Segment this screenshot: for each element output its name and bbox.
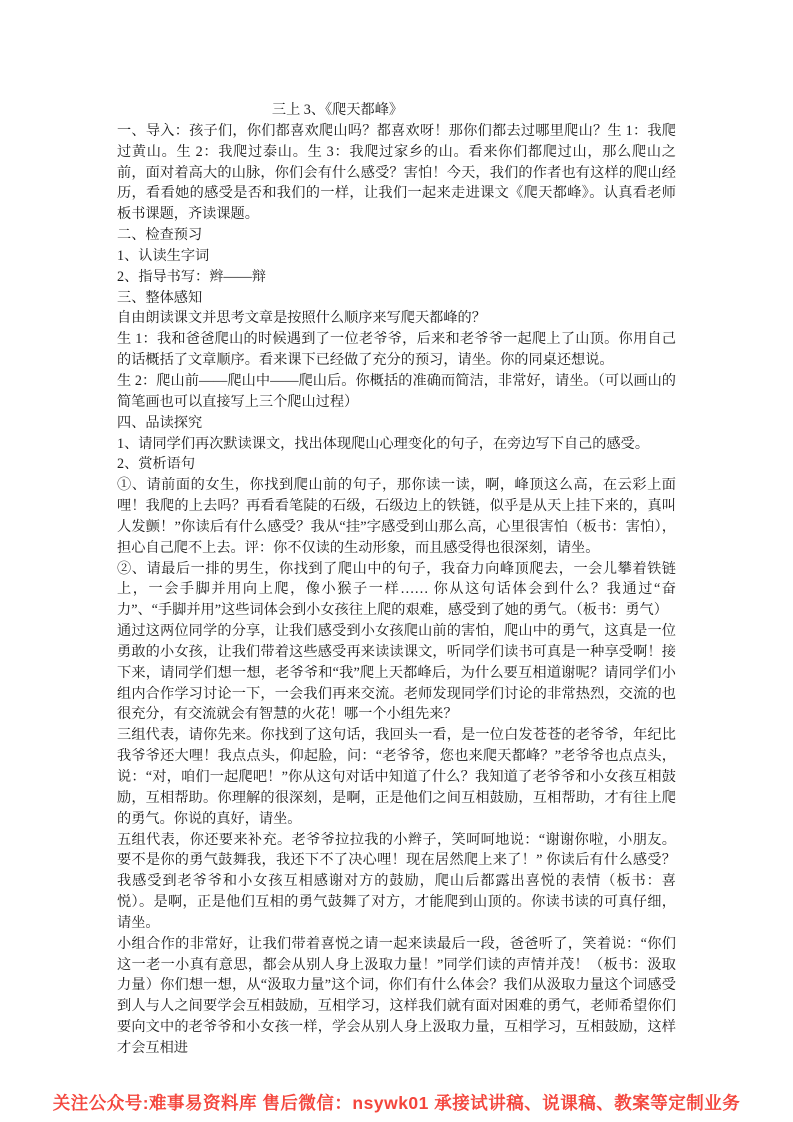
paragraph: 四、品读探究 xyxy=(117,413,676,434)
paragraph: 2、赏析语句 xyxy=(117,454,676,475)
paragraph: 二、检查预习 xyxy=(117,225,676,246)
paragraph: 1、认读生字词 xyxy=(117,246,676,267)
document-title: 三上 3、《爬天都峰》 xyxy=(117,100,676,121)
paragraph: 1、请同学们再次默读课文，找出体现爬山心理变化的句子，在旁边写下自己的感受。 xyxy=(117,434,676,455)
paragraph: 自由朗读课文并思考文章是按照什么顺序来写爬天都峰的？ xyxy=(117,308,676,329)
paragraph: 三、整体感知 xyxy=(117,288,676,309)
document-body: 三上 3、《爬天都峰》 一、导入：孩子们，你们都喜欢爬山吗？都喜欢呀！那你们都去… xyxy=(117,100,676,1059)
paragraph: 通过这两位同学的分享，让我们感受到小女孩爬山前的害怕，爬山中的勇气，这真是一位勇… xyxy=(117,621,676,725)
paragraph: 小组合作的非常好，让我们带着喜悦之请一起来读最后一段，爸爸听了，笑着说：“你们这… xyxy=(117,934,676,1059)
paragraph: 一、导入：孩子们，你们都喜欢爬山吗？都喜欢呀！那你们都去过哪里爬山？生 1：我爬… xyxy=(117,121,676,225)
paragraph: 五组代表，你还要来补充。老爷爷拉拉我的小辫子，笑呵呵地说：“谢谢你啦，小朋友。要… xyxy=(117,830,676,934)
paragraph: 三组代表，请你先来。你找到了这句话，我回头一看，是一位白发苍苍的老爷爷，年纪比我… xyxy=(117,725,676,829)
paragraph: 2、指导书写：辫——辩 xyxy=(117,267,676,288)
paragraph: ①、请前面的女生，你找到爬山前的句子，那你读一读，啊，峰顶这么高，在云彩上面哩！… xyxy=(117,475,676,558)
paragraph: ②、请最后一排的男生，你找到了爬山中的句子，我奋力向峰顶爬去，一会儿攀着铁链上，… xyxy=(117,559,676,622)
paragraph: 生 1：我和爸爸爬山的时候遇到了一位老爷爷，后来和老爷爷一起爬上了山顶。你用自己… xyxy=(117,329,676,371)
document-page: 三上 3、《爬天都峰》 一、导入：孩子们，你们都喜欢爬山吗？都喜欢呀！那你们都去… xyxy=(0,0,793,1122)
footer-promo-text: 关注公众号:难事易资料库 售后微信：nsywk01 承接试讲稿、说课稿、教案等定… xyxy=(0,1090,793,1115)
paragraph: 生 2：爬山前——爬山中——爬山后。你概括的准确而简洁，非常好，请坐。（可以画山… xyxy=(117,371,676,413)
